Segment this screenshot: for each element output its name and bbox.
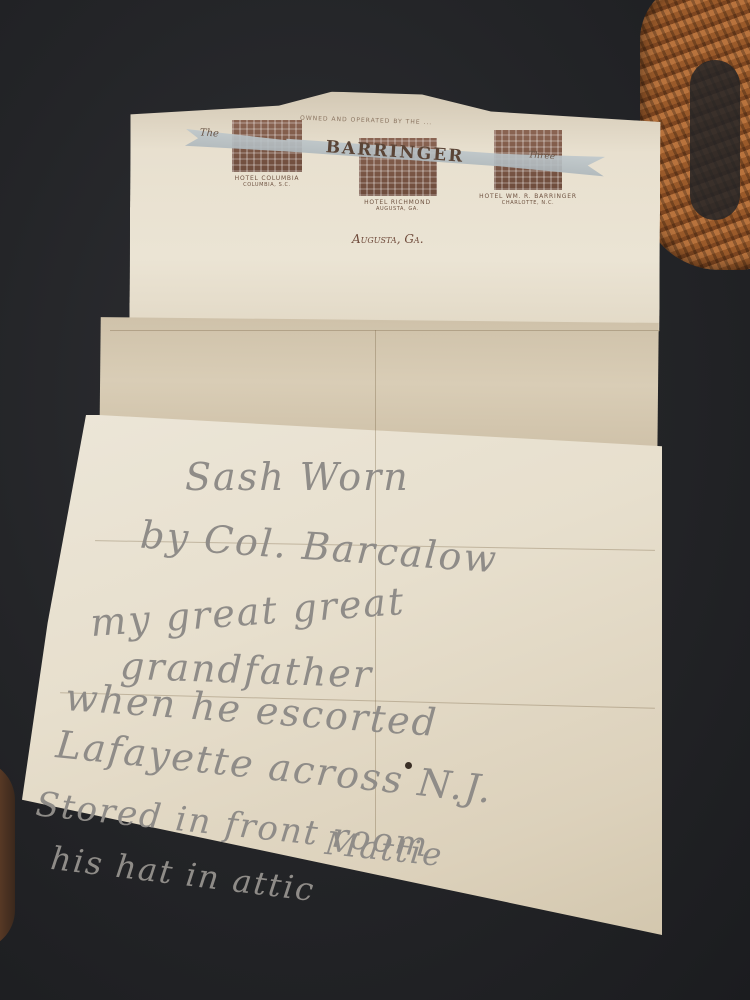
hotel-name: HOTEL WM. R. BARRINGER [478,193,578,200]
hotel-richmond: HOTEL RICHMOND AUGUSTA, GA. [350,138,445,212]
wooden-object [0,760,15,950]
rope-gap-shadow [690,60,740,220]
hotel-name: HOTEL RICHMOND [350,199,445,206]
hotel-name: HOTEL COLUMBIA [222,175,312,182]
hotel-building-image [232,120,302,172]
hotel-city: COLUMBIA, S.C. [222,182,312,188]
hotel-city: AUGUSTA, GA. [350,206,445,212]
paper-hole [405,762,412,769]
hotel-building-image [359,138,437,196]
letterhead-location: Augusta, Ga. [352,232,424,246]
fold-crease [110,330,660,331]
note-line: Sash Worn [185,455,410,499]
hotel-city: CHARLOTTE, N.C. [478,200,578,206]
hotel-building-image [494,130,562,190]
hotel-barringer: HOTEL WM. R. BARRINGER CHARLOTTE, N.C. [478,130,578,206]
hotel-columbia: HOTEL COLUMBIA COLUMBIA, S.C. [222,120,312,188]
